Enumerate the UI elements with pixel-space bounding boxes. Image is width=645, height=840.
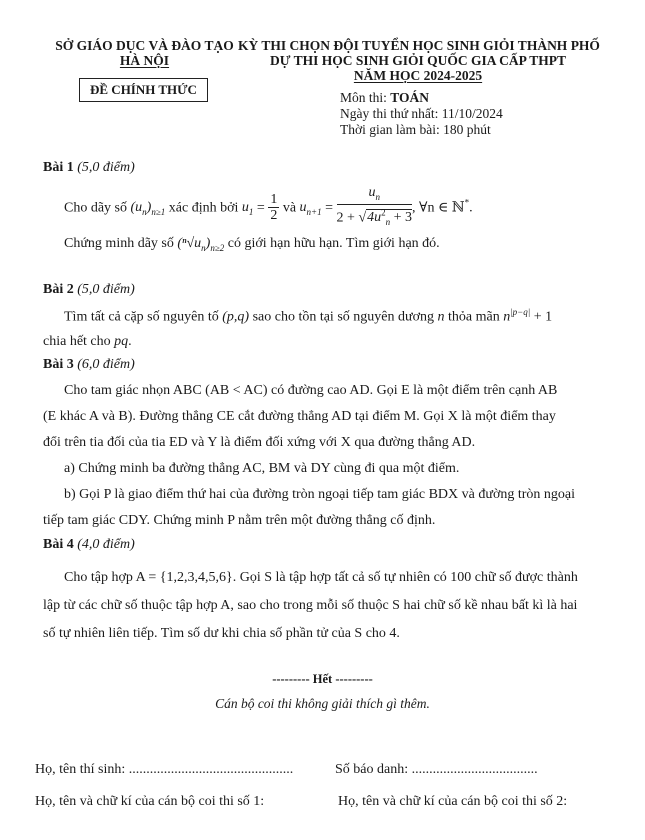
t: (ⁿ√u bbox=[177, 236, 201, 251]
problem-4-heading: Bài 4 (4,0 điểm) bbox=[43, 537, 135, 553]
seq-un: (un)n≥1 bbox=[131, 200, 166, 215]
problem-points: (6,0 điểm) bbox=[77, 357, 135, 372]
t: (p,q) bbox=[222, 310, 249, 325]
t: |p−q| bbox=[510, 307, 530, 317]
school-year-text: NĂM HỌC 2024-2025 bbox=[354, 68, 482, 83]
problem-3-part-b-line1: b) Gọi P là giao điểm thứ hai của đường … bbox=[64, 487, 575, 503]
problem-4-line3: số tự nhiên liên tiếp. Tìm số dư khi chi… bbox=[43, 626, 400, 642]
problem-title: Bài 4 bbox=[43, 537, 74, 552]
problem-title: Bài 1 bbox=[43, 160, 74, 175]
text: có giới hạn hữu hạn. Tìm giới hạn đó. bbox=[224, 236, 439, 251]
t: 1 bbox=[268, 193, 279, 208]
t: n bbox=[376, 192, 381, 202]
text: xác định bởi bbox=[165, 200, 242, 215]
t: n≥1 bbox=[151, 207, 165, 217]
t: 2 + bbox=[337, 210, 359, 225]
t: chia hết cho bbox=[43, 334, 114, 349]
t: u bbox=[369, 185, 376, 200]
t: + 3 bbox=[390, 210, 412, 225]
t: , ∀n ∈ ℕ bbox=[412, 200, 465, 215]
problem-3-part-a: a) Chứng minh ba đường thẳng AC, BM và D… bbox=[64, 461, 459, 477]
t: u bbox=[300, 200, 307, 215]
subject-value: TOÁN bbox=[390, 90, 429, 105]
text: Cho dãy số bbox=[64, 200, 131, 215]
t: n+1 bbox=[307, 207, 322, 217]
problem-points: (4,0 điểm) bbox=[77, 537, 135, 552]
t: 2 bbox=[268, 208, 279, 224]
t: un bbox=[337, 186, 413, 205]
problem-2-line1: Tìm tất cả cặp số nguyên tố (p,q) sao ch… bbox=[64, 307, 552, 326]
t: . bbox=[128, 334, 132, 349]
t: sao cho tồn tại số nguyên dương bbox=[249, 310, 437, 325]
sqrt: 4u2n + 3 bbox=[366, 209, 412, 225]
proctor-note: Cán bộ coi thi không giải thích gì thêm. bbox=[0, 696, 645, 712]
problem-points: (5,0 điểm) bbox=[77, 160, 135, 175]
problem-3-heading: Bài 3 (6,0 điểm) bbox=[43, 357, 135, 373]
city-name: HÀ NỘI bbox=[52, 53, 237, 69]
t: . bbox=[469, 200, 473, 215]
problem-2-heading: Bài 2 (5,0 điểm) bbox=[43, 282, 135, 298]
un1: un+1 bbox=[300, 200, 322, 215]
subject-label: Môn thi: bbox=[340, 90, 390, 105]
t: = bbox=[322, 200, 337, 215]
subject-line: Môn thi: TOÁN bbox=[340, 90, 429, 106]
t: thỏa mãn bbox=[444, 310, 503, 325]
t: 2 + √4u2n + 3 bbox=[337, 205, 413, 230]
u1: u1 bbox=[242, 200, 254, 215]
exam-duration: Thời gian làm bài: 180 phút bbox=[340, 122, 491, 138]
fraction-half: 12 bbox=[268, 193, 279, 224]
candidate-id-field: Số báo danh: ...........................… bbox=[335, 762, 538, 778]
proctor-2-signature-label: Họ, tên và chữ kí của cán bộ coi thi số … bbox=[338, 794, 567, 810]
recurrence-fraction: un2 + √4u2n + 3 bbox=[337, 186, 413, 230]
proctor-1-signature-label: Họ, tên và chữ kí của cán bộ coi thi số … bbox=[35, 794, 264, 810]
problem-1-statement: Cho dãy số (un)n≥1 xác định bởi u1 = 12 … bbox=[64, 186, 473, 230]
candidate-name-field: Họ, tên thí sinh: ......................… bbox=[35, 762, 293, 778]
problem-title: Bài 2 bbox=[43, 282, 74, 297]
exam-title-line1: KỲ THI CHỌN ĐỘI TUYỂN HỌC SINH GIỎI THÀN… bbox=[238, 38, 598, 54]
exam-title-line2: DỰ THI HỌC SINH GIỎI QUỐC GIA CẤP THPT bbox=[238, 53, 598, 69]
t: và bbox=[279, 200, 299, 215]
t: (u bbox=[131, 200, 143, 215]
t: u bbox=[242, 200, 249, 215]
problem-1-heading: Bài 1 (5,0 điểm) bbox=[43, 160, 135, 176]
problem-3-line3: đổi trên tia đối của tia ED và Y là điểm… bbox=[43, 435, 475, 451]
problem-3-line2: (E khác A và B). Đường thẳng CE cắt đườn… bbox=[43, 409, 556, 425]
text: Chứng minh dãy số bbox=[64, 236, 177, 251]
exam-date: Ngày thi thứ nhất: 11/10/2024 bbox=[340, 106, 503, 122]
department-name: SỞ GIÁO DỤC VÀ ĐÀO TẠO bbox=[52, 38, 237, 54]
problem-2-line2: chia hết cho pq. bbox=[43, 334, 132, 350]
problem-1-question: Chứng minh dãy số (ⁿ√un)n≥2 có giới hạn … bbox=[64, 236, 440, 253]
root-seq: (ⁿ√un)n≥2 bbox=[177, 236, 224, 251]
official-exam-badge: ĐỀ CHÍNH THỨC bbox=[79, 78, 208, 102]
t: = bbox=[253, 200, 268, 215]
problem-title: Bài 3 bbox=[43, 357, 74, 372]
end-mark: --------- Hết --------- bbox=[0, 672, 645, 687]
t: Tìm tất cả cặp số nguyên tố bbox=[64, 310, 222, 325]
t: n≥2 bbox=[210, 243, 224, 253]
problem-points: (5,0 điểm) bbox=[77, 282, 135, 297]
problem-3-line1: Cho tam giác nhọn ABC (AB < AC) có đường… bbox=[64, 383, 557, 399]
t: pq bbox=[114, 334, 128, 349]
t: 4u bbox=[367, 210, 381, 225]
problem-4-line1: Cho tập hợp A = {1,2,3,4,5,6}. Gọi S là … bbox=[64, 570, 578, 586]
school-year: NĂM HỌC 2024-2025 bbox=[238, 68, 598, 84]
problem-3-part-b-line2: tiếp tam giác CDY. Chứng minh P nằm trên… bbox=[43, 513, 435, 529]
problem-4-line2: lập từ các chữ số thuộc tập hợp A, sao c… bbox=[43, 598, 577, 614]
t: + 1 bbox=[530, 310, 552, 325]
